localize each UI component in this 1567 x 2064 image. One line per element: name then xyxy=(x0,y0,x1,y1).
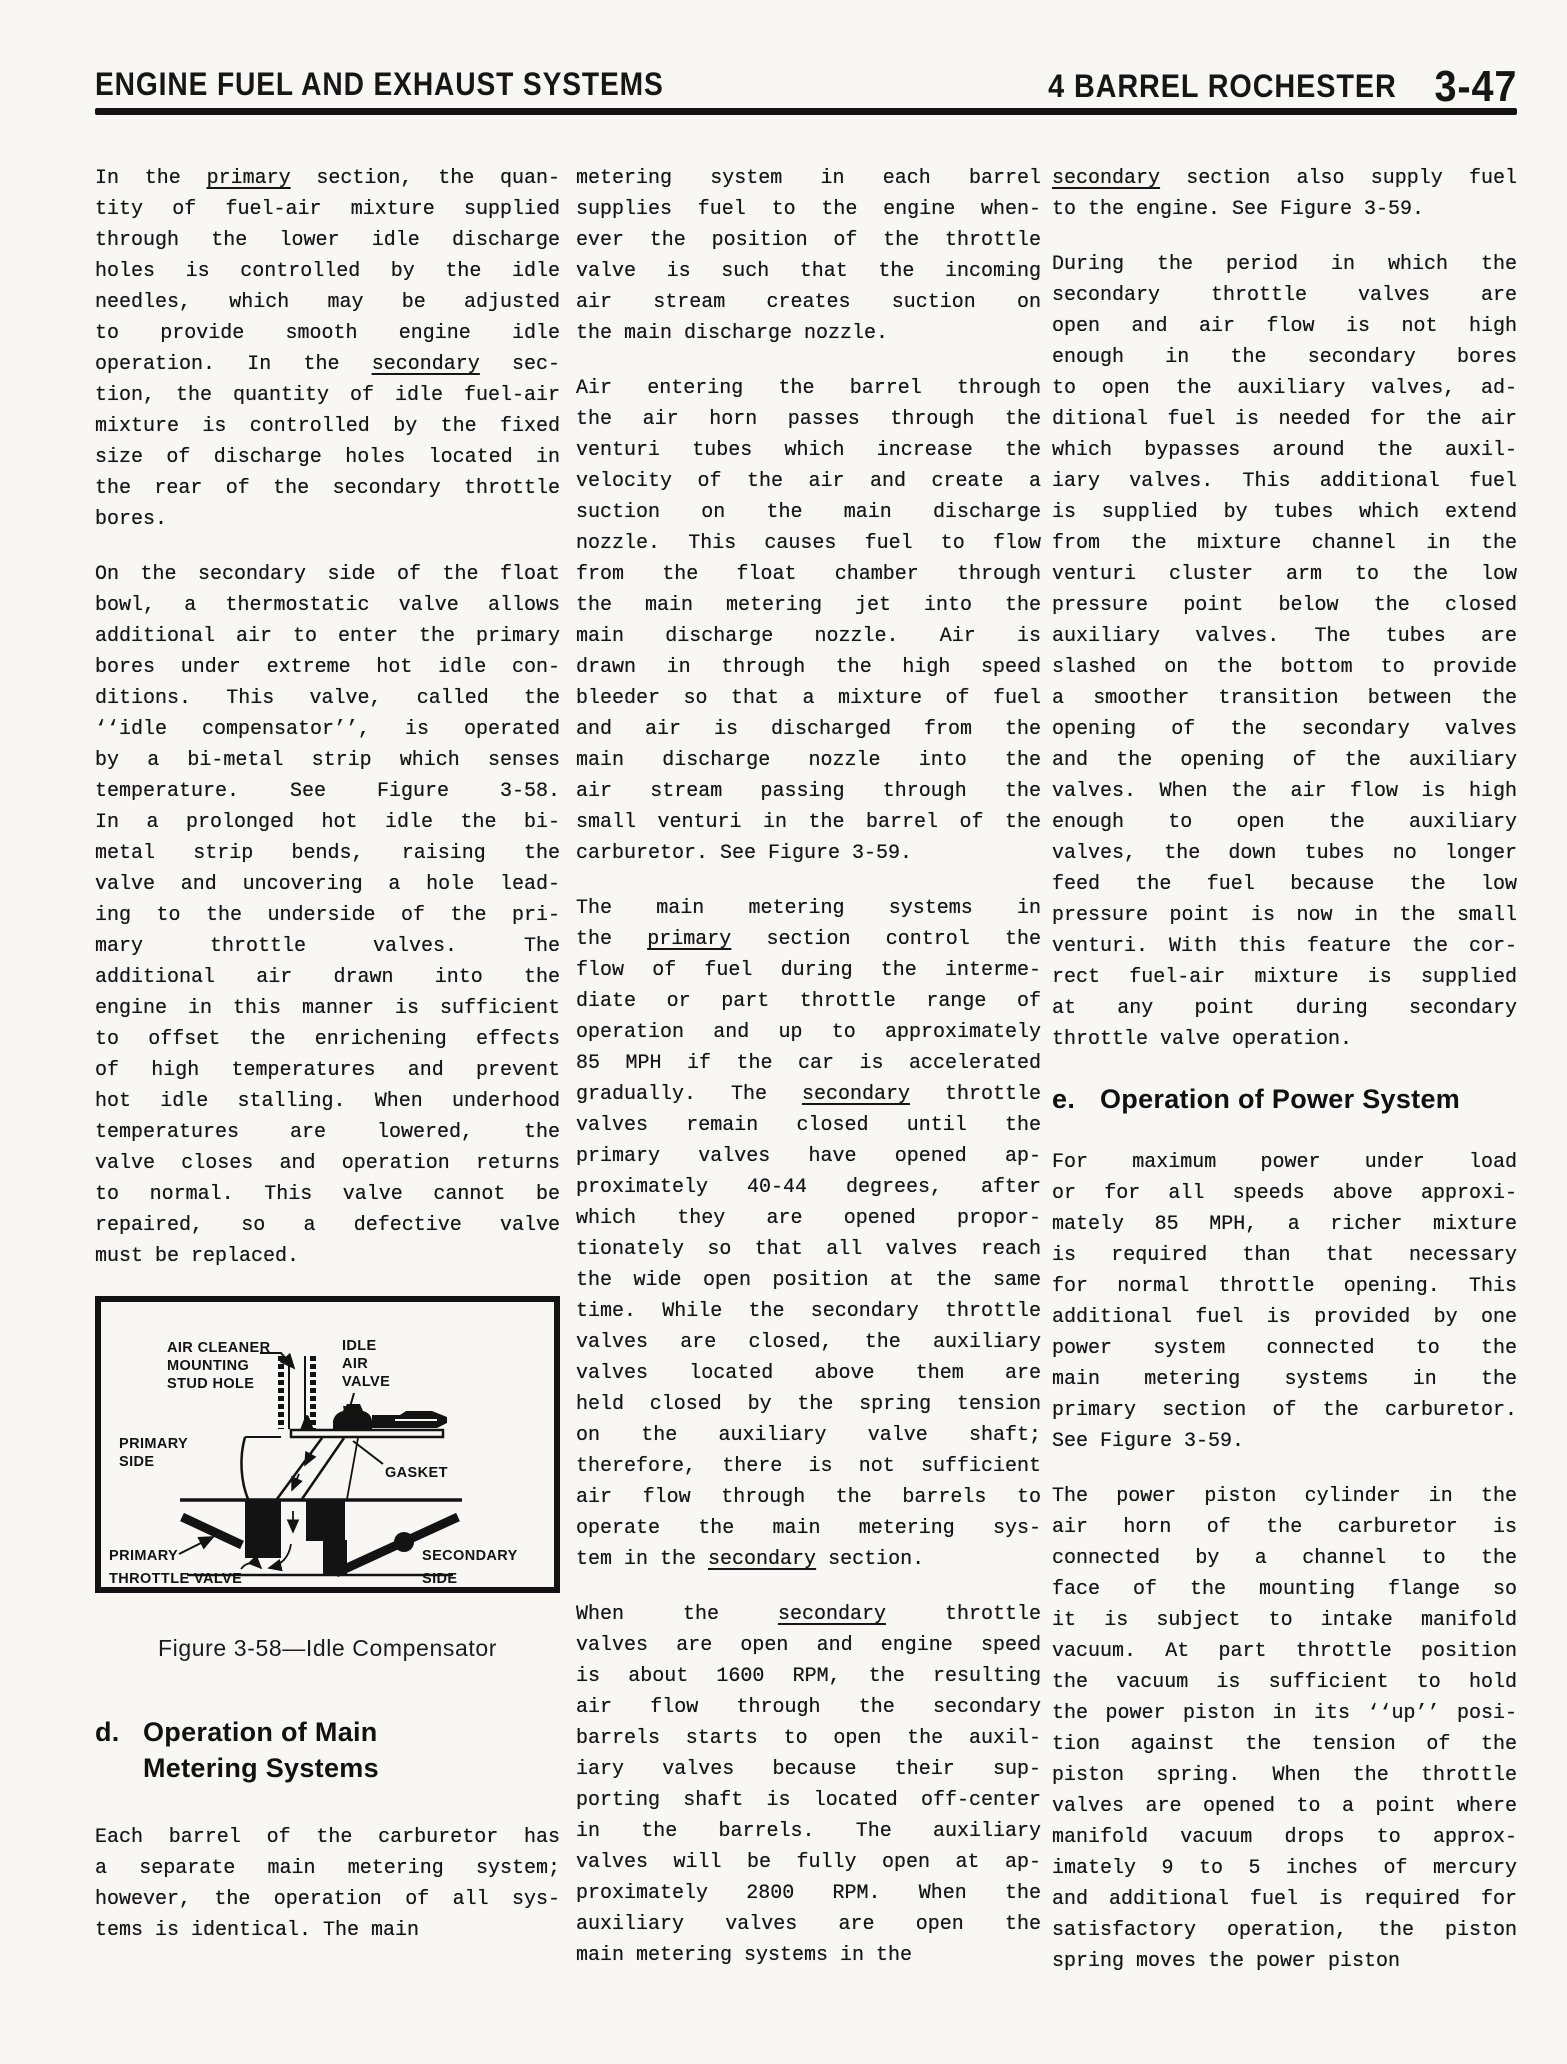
paragraph: For maximum power under loador for all s… xyxy=(1052,1147,1517,1457)
figure-diagram: AIR CLEANER MOUNTING STUD HOLE IDLE AIR … xyxy=(95,1296,560,1593)
figure-label-air-cleaner: AIR CLEANER xyxy=(167,1340,271,1356)
paragraph: When the secondary throttlevalves are op… xyxy=(576,1599,1041,1971)
paragraph: On the secondary side of the floatbowl, … xyxy=(95,559,560,1272)
figure-label-primary-side: PRIMARY xyxy=(119,1436,188,1452)
column-3: secondary section also supply fuelto the… xyxy=(1052,163,1517,2001)
gasket-plate xyxy=(291,1430,443,1437)
paragraph: metering system in each barrelsupplies f… xyxy=(576,163,1041,349)
paragraph: secondary section also supply fuelto the… xyxy=(1052,163,1517,225)
figure-label-idle-air-valve: VALVE xyxy=(342,1374,390,1390)
header-right-title: 4 BARREL ROCHESTER xyxy=(1048,68,1397,105)
paragraph: Each barrel of the carburetor hasa separ… xyxy=(95,1822,560,1946)
figure-label-primary-throttle-valve: THROTTLE VALVE xyxy=(109,1571,242,1587)
bore-wall-right xyxy=(306,1501,345,1541)
manual-page: ENGINE FUEL AND EXHAUST SYSTEMS 4 BARREL… xyxy=(0,0,1567,2064)
header-left-title: ENGINE FUEL AND EXHAUST SYSTEMS xyxy=(95,66,664,103)
header-right-group: 4 BARREL ROCHESTER 3-47 xyxy=(1048,62,1517,112)
figure-label-secondary-side: SECONDARY xyxy=(422,1548,518,1564)
column-1: In the primary section, the quan-tity of… xyxy=(95,163,560,1970)
heading-letter: e. xyxy=(1052,1081,1086,1117)
figure-idle-compensator: AIR CLEANER MOUNTING STUD HOLE IDLE AIR … xyxy=(95,1296,560,1593)
housing-channel xyxy=(241,1437,358,1499)
header-rule xyxy=(95,108,1517,115)
figure-caption: Figure 3-58—Idle Compensator xyxy=(95,1635,560,1662)
paragraph: In the primary section, the quan-tity of… xyxy=(95,163,560,535)
section-heading-e: e. Operation of Power System xyxy=(1052,1081,1517,1117)
idle-air-valve xyxy=(300,1404,447,1430)
secondary-throttle-plate xyxy=(336,1517,458,1573)
figure-label-primary-side: SIDE xyxy=(119,1454,154,1470)
figure-label-air-cleaner: MOUNTING xyxy=(167,1358,249,1374)
figure-label-gasket: GASKET xyxy=(385,1465,448,1481)
heading-text: Operation of Power System xyxy=(1100,1081,1460,1117)
figure-label-idle-air-valve: IDLE xyxy=(342,1338,377,1354)
figure-label-secondary-side: SIDE xyxy=(422,1571,457,1587)
section-heading-d: d. Operation of MainMetering Systems xyxy=(95,1714,560,1786)
paragraph: During the period in which thesecondary … xyxy=(1052,249,1517,1055)
heading-text: Operation of MainMetering Systems xyxy=(143,1714,379,1786)
paragraph: The power piston cylinder in theair horn… xyxy=(1052,1481,1517,1977)
figure-label-air-cleaner: STUD HOLE xyxy=(167,1376,254,1392)
bore-wall-left xyxy=(245,1501,281,1558)
column-2: metering system in each barrelsupplies f… xyxy=(576,163,1041,1995)
figure-label-primary-throttle-valve: PRIMARY xyxy=(109,1548,178,1564)
figure-label-idle-air-valve: AIR xyxy=(342,1356,368,1372)
paragraph: The main metering systems inthe primary … xyxy=(576,893,1041,1575)
paragraph: Air entering the barrel throughthe air h… xyxy=(576,373,1041,869)
heading-letter: d. xyxy=(95,1714,129,1786)
primary-throttle-plate xyxy=(182,1517,242,1545)
page-header: ENGINE FUEL AND EXHAUST SYSTEMS 4 BARREL… xyxy=(95,62,1517,110)
page-number: 3-47 xyxy=(1434,62,1517,112)
